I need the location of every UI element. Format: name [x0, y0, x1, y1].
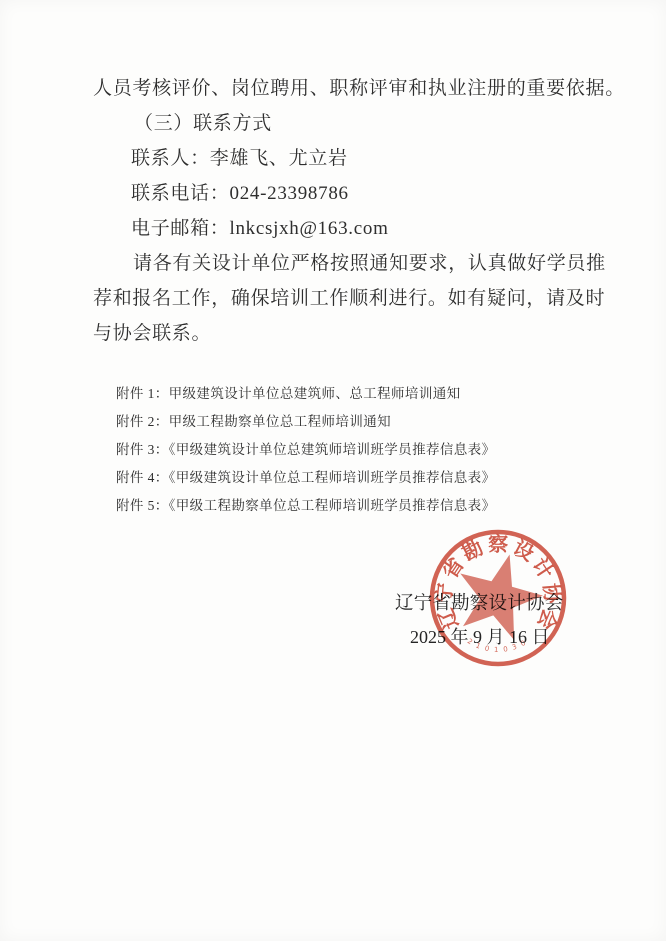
contact-email-line: 电子邮箱：lnkcsjxh@163.com [131, 219, 389, 239]
signature-date: 2025 年 9 月 16 日 [410, 623, 550, 649]
seal-ring-text: 辽宁省勘察设计协会 [431, 532, 564, 633]
closing-paragraph-line-1: 请各有关设计单位严格按照通知要求，认真做好学员推 [133, 254, 606, 274]
closing-paragraph-line-3: 与协会联系。 [93, 324, 211, 344]
attachment-item-2: 附件 2：甲级工程勘察单位总工程师培训通知 [116, 414, 391, 429]
attachment-item-4: 附件 4：《甲级建筑设计单位总工程师培训班学员推荐信息表》 [116, 470, 495, 485]
contact-phone-line: 联系电话：024-23398786 [131, 184, 349, 204]
closing-paragraph-line-2: 荐和报名工作，确保培训工作顺利进行。如有疑问，请及时 [93, 289, 605, 309]
attachment-item-1: 附件 1：甲级建筑设计单位总建筑师、总工程师培训通知 [116, 386, 461, 401]
section-heading-contact: （三）联系方式 [134, 114, 272, 134]
attachment-item-3: 附件 3：《甲级建筑设计单位总建筑师培训班学员推荐信息表》 [116, 442, 495, 457]
attachment-item-5: 附件 5：《甲级工程勘察单位总工程师培训班学员推荐信息表》 [116, 498, 495, 513]
intro-line: 人员考核评价、岗位聘用、职称评审和执业注册的重要依据。 [93, 79, 625, 99]
contact-person-line: 联系人：李雄飞、尤立岩 [131, 149, 348, 169]
document-page: 人员考核评价、岗位聘用、职称评审和执业注册的重要依据。 （三）联系方式 联系人：… [0, 0, 666, 941]
signature-organization: 辽宁省勘察设计协会 [395, 589, 563, 615]
